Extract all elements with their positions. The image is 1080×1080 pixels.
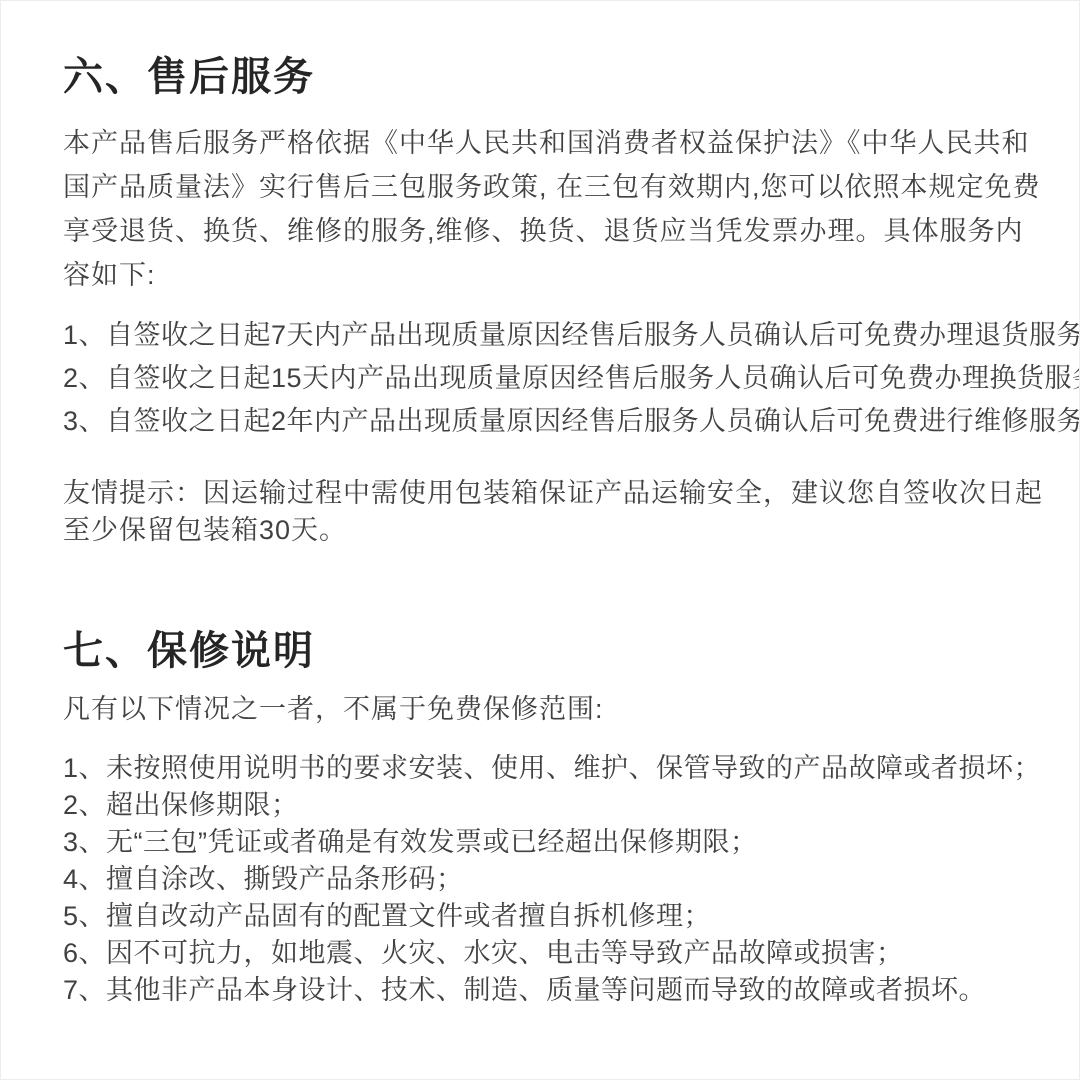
after-sales-intro: 本产品售后服务严格依据《中华人民共和国消费者权益保护法》《中华人民共和国产品质量…	[63, 121, 1049, 297]
warranty-title: 七、保修说明	[63, 629, 1049, 673]
warranty-intro: 凡有以下情况之一者，不属于免费保修范围:	[63, 693, 1049, 725]
warranty-item-1: 1、未按照使用说明书的要求安装、使用、维护、保管导致的产品故障或者损坏；	[63, 750, 1049, 787]
manual-page: 六、售后服务 本产品售后服务严格依据《中华人民共和国消费者权益保护法》《中华人民…	[0, 0, 1080, 1080]
after-sales-title: 六、售后服务	[63, 55, 1049, 99]
after-sales-section: 六、售后服务 本产品售后服务严格依据《中华人民共和国消费者权益保护法》《中华人民…	[63, 55, 1049, 549]
warranty-item-6: 6、因不可抗力，如地震、火灾、水灾、电击等导致产品故障或损害；	[63, 935, 1049, 972]
warranty-list: 1、未按照使用说明书的要求安装、使用、维护、保管导致的产品故障或者损坏； 2、超…	[63, 750, 1049, 1009]
warranty-item-5: 5、擅自改动产品固有的配置文件或者擅自拆机修理；	[63, 898, 1049, 935]
warranty-section: 七、保修说明 凡有以下情况之一者，不属于免费保修范围: 1、未按照使用说明书的要…	[63, 629, 1049, 1009]
after-sales-item-2: 2、自签收之日起15天内产品出现质量原因经售后服务人员确认后可免费办理换货服务。	[63, 357, 1049, 400]
after-sales-item-1: 1、自签收之日起7天内产品出现质量原因经售后服务人员确认后可免费办理退货服务。	[63, 314, 1049, 357]
after-sales-item-3: 3、自签收之日起2年内产品出现质量原因经售后服务人员确认后可免费进行维修服务。	[63, 400, 1049, 443]
after-sales-list: 1、自签收之日起7天内产品出现质量原因经售后服务人员确认后可免费办理退货服务。 …	[63, 314, 1049, 443]
warranty-item-7: 7、其他非产品本身设计、技术、制造、质量等问题而导致的故障或者损坏。	[63, 972, 1049, 1009]
warranty-item-4: 4、擅自涂改、撕毁产品条形码；	[63, 861, 1049, 898]
packaging-tip: 友情提示：因运输过程中需使用包装箱保证产品运输安全，建议您自签收次日起至少保留包…	[63, 475, 1048, 549]
warranty-item-3: 3、无“三包”凭证或者确是有效发票或已经超出保修期限；	[63, 824, 1049, 861]
warranty-item-2: 2、超出保修期限；	[63, 787, 1049, 824]
